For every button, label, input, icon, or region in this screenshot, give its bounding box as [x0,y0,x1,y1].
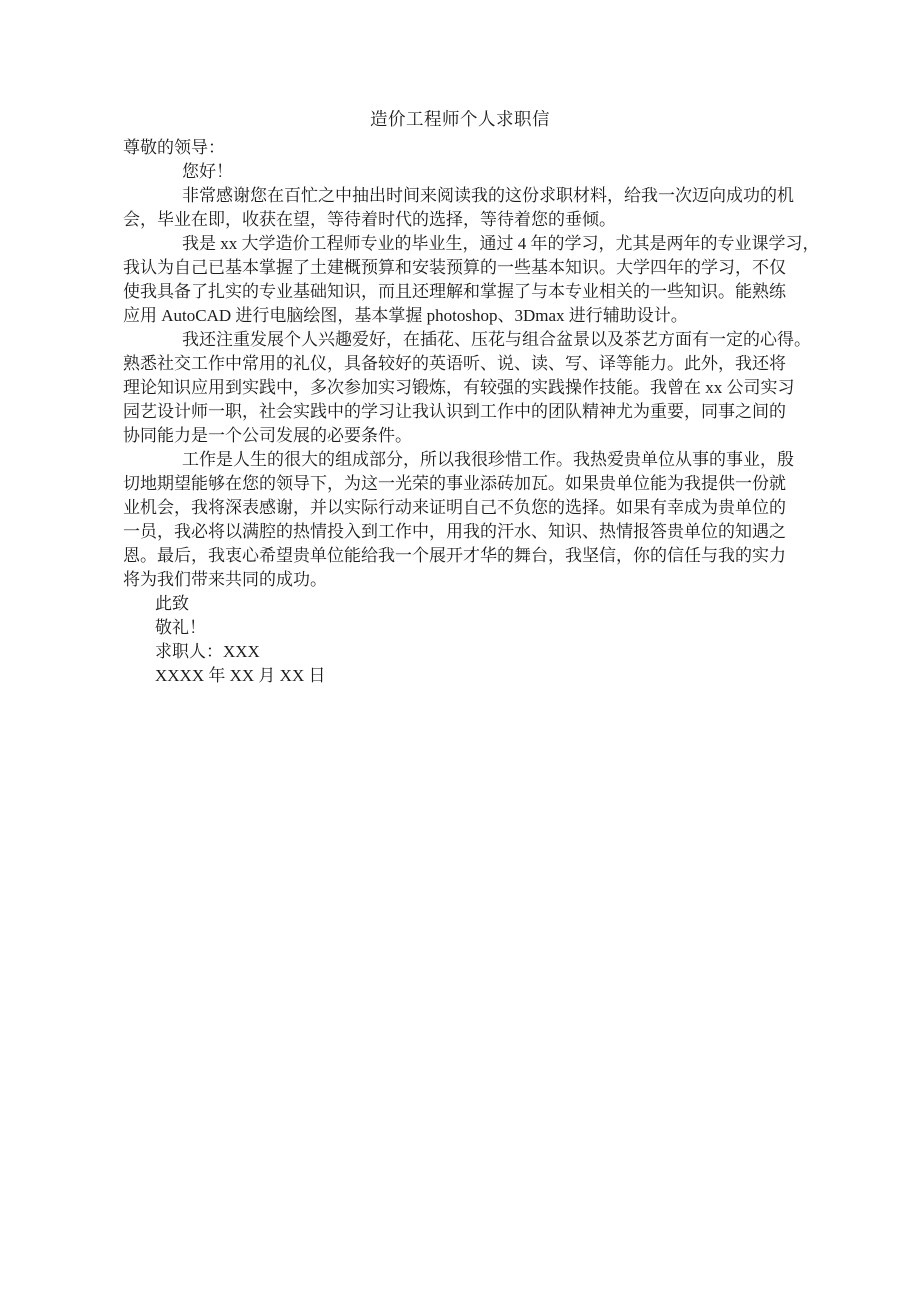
text-line: 切地期望能够在您的领导下，为这一光荣的事业添砖加瓦。如果贵单位能为我提供一份就 [123,472,795,496]
document-title: 造价工程师个人求职信 [0,107,920,131]
text-line: 我是 xx 大学造价工程师专业的毕业生，通过 4 年的学习，尤其是两年的专业课学… [123,232,795,256]
text-line: 一员，我必将以满腔的热情投入到工作中，用我的汗水、知识、热情报答贵单位的知遇之 [123,520,795,544]
text-line: 我还注重发展个人兴趣爱好，在插花、压花与组合盆景以及茶艺方面有一定的心得。 [123,328,795,352]
text-line: 我认为自己已基本掌握了土建概预算和安装预算的一些基本知识。大学四年的学习，不仅 [123,256,795,280]
text-line: 会，毕业在即，收获在望，等待着时代的选择，等待着您的垂倾。 [123,208,795,232]
greeting-line: 您好！ [123,160,795,184]
text-line: 恩。最后，我衷心希望贵单位能给我一个展开才华的舞台，我坚信，你的信任与我的实力 [123,544,795,568]
text-line: 工作是人生的很大的组成部分，所以我很珍惜工作。我热爱贵单位从事的事业，殷 [123,448,795,472]
text-line: 协同能力是一个公司发展的必要条件。 [123,424,795,448]
applicant-line: 求职人：XXX [123,640,795,664]
text-line: 园艺设计师一职，社会实践中的学习让我认识到工作中的团队精神尤为重要，同事之间的 [123,400,795,424]
text-line: 业机会，我将深表感谢，并以实际行动来证明自己不负您的选择。如果有幸成为贵单位的 [123,496,795,520]
text-line: 将为我们带来共同的成功。 [123,568,795,592]
text-line: 理论知识应用到实践中，多次参加实习锻炼，有较强的实践操作技能。我曾在 xx 公司… [123,376,795,400]
text-line: 应用 AutoCAD 进行电脑绘图，基本掌握 photoshop、3Dmax 进… [123,304,795,328]
salute-line: 敬礼！ [123,616,795,640]
date-line: XXXX 年 XX 月 XX 日 [123,664,795,688]
closing-line: 此致 [123,592,795,616]
text-line: 熟悉社交工作中常用的礼仪，具备较好的英语听、说、读、写、译等能力。此外，我还将 [123,352,795,376]
text-line: 非常感谢您在百忙之中抽出时间来阅读我的这份求职材料，给我一次迈向成功的机 [123,184,795,208]
document-page: 造价工程师个人求职信 尊敬的领导： 您好！ 非常感谢您在百忙之中抽出时间来阅读我… [0,0,920,1302]
text-line: 使我具备了扎实的专业基础知识，而且还理解和掌握了与本专业相关的一些知识。能熟练 [123,280,795,304]
salutation-line: 尊敬的领导： [123,136,795,160]
document-body: 尊敬的领导： 您好！ 非常感谢您在百忙之中抽出时间来阅读我的这份求职材料，给我一… [123,136,795,688]
